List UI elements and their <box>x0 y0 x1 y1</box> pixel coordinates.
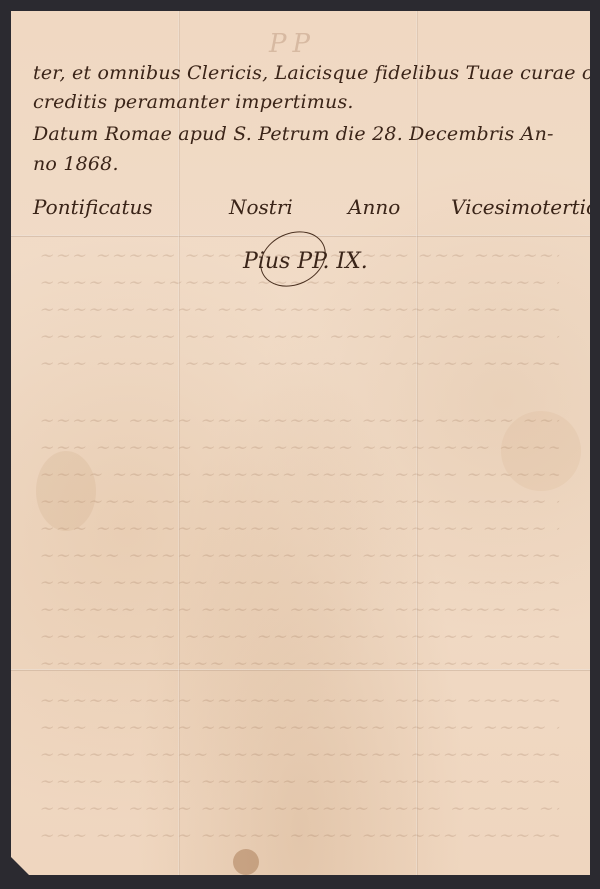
text-line-4: no 1868. <box>33 153 119 175</box>
bleed-through-text: ~~~~~~ ~~~~ ~~~ ~~~~~ ~~~~~~ ~~~~~~ ~~~~… <box>38 300 562 314</box>
bleed-through-text: ~~~ ~~~~~ ~~~~ ~~~~~~~ ~~~~~~ ~~~~~~~~~~… <box>38 354 562 368</box>
bleed-through-text: ~~~~~ ~~~~ ~~~ ~~~~~~ ~~~~ ~~~~~ ~~~~~~ … <box>38 411 562 425</box>
letter-page: PP ~~~ ~~~~~ ~~~~ ~~~~ ~~~~~ ~~~ ~~~~~~ … <box>11 11 590 875</box>
bleed-through-text: ~~~~ ~~~~~~~ ~~~~ ~~~~~ ~~~~~~ ~~~~~ ~~~… <box>38 654 562 668</box>
word-nostri: Nostri <box>229 195 293 219</box>
bleed-through-text: ~~~~ ~~~~~~ ~~~~ ~~~~~ ~~~~~ ~~~~~~~ ~~~… <box>38 573 562 587</box>
word-anno: Anno <box>348 195 400 219</box>
text-line-2: creditis peramanter impertimus. <box>33 91 354 113</box>
text-line-3: Datum Romae apud S. Petrum die 28. Decem… <box>33 123 554 145</box>
bleed-through-text: ~~~~ ~~~~~ ~~~~~~ ~~~~~ ~~~~ ~~~~~~~ ~~~… <box>38 465 562 479</box>
bleed-through-text: ~~~~~~ ~~~~ ~~~~~ ~~~~~~ ~~~~~ ~~~~~~~~ … <box>38 745 562 759</box>
stain <box>233 849 259 875</box>
bleed-through-text: ~~~~~ ~~~~ ~~~~~~ ~~~~~ ~~~~ ~~~~~~~ ~~~… <box>38 691 562 705</box>
bleed-through-text: ~~~ ~~~~~~~ ~~~~ ~~~~~ ~~~~~~ ~~~~ ~~~~~… <box>38 519 562 533</box>
bleed-through-text: ~~~ ~~~~~ ~~~~ ~~~~~~~~ ~~~~~ ~~~~~~ ~~~… <box>38 627 562 641</box>
stain <box>36 451 96 531</box>
horizontal-fold <box>11 669 590 671</box>
bleed-through-text: ~~~ ~~~~~~ ~~~~ ~~~~~ ~~~~~~~~ ~~~~ ~~~~… <box>38 438 562 452</box>
bleed-through-text: ~~~~~~ ~~~ ~~~~~ ~~~~~~ ~~~~~~~ ~~~~ ~~~… <box>38 600 562 614</box>
text-line-1: ter, et omnibus Clericis, Laicisque fide… <box>33 62 600 84</box>
bleed-through-text: ~~~~ ~~~~~ ~~~~~~ ~~~~ ~~~~~~~ ~~~~ ~~~~… <box>38 772 562 786</box>
stain <box>501 411 581 491</box>
bleed-through-text: ~~~ ~~~~~~ ~~~~ ~~~~~~~ ~~~~~ ~~~~ ~~~~~… <box>38 718 562 732</box>
word-vicesimotertio: Vicesimotertio. <box>451 195 600 219</box>
embossed-monogram: PP <box>269 29 316 59</box>
signature: Pius PP. IX. <box>243 249 368 274</box>
bleed-through-text: ~~~~~ ~~~~ ~~~~ ~~~~~~ ~~~~ ~~~~~ ~~~~~~… <box>38 799 562 813</box>
bleed-through-text: ~~~~~~ ~~~ ~~~~~ ~~~~~~ ~~~~ ~~~~~ ~~~~~… <box>38 492 562 506</box>
bleed-through-text: ~~~~ ~~~~ ~~ ~~~~~~ ~~~~ ~~~~~~~~~ ~~~~ … <box>38 327 562 341</box>
bleed-through-text: ~~~~~ ~~~~ ~~~~~~ ~~~ ~~~~~~ ~~~~~~ ~~~~… <box>38 546 562 560</box>
bleed-through-text: ~~~ ~~~~~~ ~~~~~ ~~~~ ~~~~~~ ~~~~~~ ~~~~… <box>38 826 562 840</box>
word-pontificatus: Pontificatus <box>33 195 153 219</box>
